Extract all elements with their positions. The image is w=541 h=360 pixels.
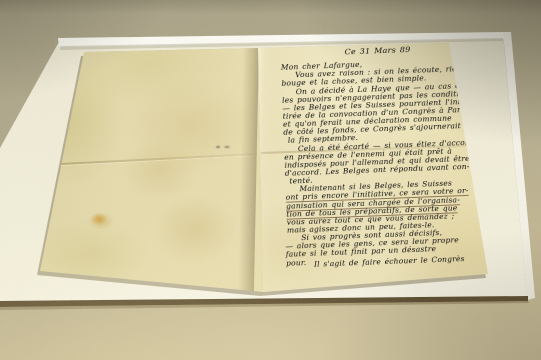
handwriting-line: Mon cher Lafargue, — [281, 56, 507, 73]
letter-left-page — [0, 0, 541, 360]
handwriting-line: ganisation qui sera chargée de l'organis… — [286, 194, 512, 211]
handwriting-line: pour. — [286, 251, 514, 268]
handwriting-line: bouge et la chose, est bien simple. — [281, 72, 507, 89]
left-page-top-edge — [84, 47, 259, 52]
left-page-ink-specks — [214, 144, 232, 150]
photo-vignette — [0, 0, 541, 360]
handwriting-line: la fin septembre. — [288, 129, 510, 145]
mat-front-edge-soft-shadow — [0, 0, 541, 360]
handwriting-line: mais agissez donc un peu, faites-le. — [287, 218, 513, 235]
letter-right-page: Ce 31 Mars 89Mon cher Lafargue,Vous avez… — [0, 0, 541, 360]
museum-letter-photo: Ce 31 Mars 89Mon cher Lafargue,Vous avez… — [0, 0, 541, 360]
center-fold-shadow — [238, 46, 259, 294]
handwriting-line: faute si le tout finit par un désastre — [286, 243, 514, 260]
mat-top-edge-highlight — [0, 0, 541, 360]
handwriting-line: — les Belges et les Suisses pourraient l… — [282, 96, 508, 113]
handwriting-line: et qu'on ferait une déclaration commune — [283, 112, 509, 129]
handwriting-line: Si vos progrès sont aussi décisifs, — [301, 226, 513, 242]
right-page-cast-shadow — [0, 0, 541, 360]
handwriting-line: On a décidé à La Haye que — au cas où — [296, 80, 508, 96]
right-page-top-edge — [258, 42, 451, 48]
left-page-cast-shadow — [0, 0, 541, 360]
handwriting-line: Cela a été écarté — si vous étiez d'acco… — [298, 137, 510, 153]
handwriting-line: Il s'agit de faire échouer le Congrès — [314, 253, 514, 269]
handwriting-line: de côté les fonds, ce Congrès s'ajourner… — [283, 121, 509, 138]
handwriting-line: vous aurez tout ce que vous demandez ; — [287, 210, 513, 227]
handwriting-line: Ce 31 Mars 89 — [344, 42, 506, 56]
handwriting-line: — alors que les gens, ce sera leur propr… — [285, 234, 513, 251]
left-page-fold-crease — [41, 153, 255, 166]
mat-top-edge-shadow — [0, 0, 541, 360]
handwriting-block: Ce 31 Mars 89Mon cher Lafargue,Vous avez… — [276, 42, 515, 286]
handwriting-line: les pouvoirs n'engageraient pas les cond… — [282, 88, 508, 105]
display-mat-board — [0, 0, 541, 360]
mat-right-edge-highlight — [0, 0, 541, 360]
handwriting-line: d'accord. Les Belges ont répondu avant c… — [285, 161, 511, 178]
handwriting-line: en présence de l'ennemi qui était prêt à — [284, 145, 510, 162]
handwriting-line: tenté. — [289, 169, 511, 185]
photo-grain-texture — [0, 0, 541, 360]
display-fabric-background — [0, 0, 541, 360]
center-fold-highlight — [253, 44, 276, 294]
right-page-fold-crease — [261, 144, 488, 153]
handwriting-line: ont pris encore l'initiative, ce sera vo… — [286, 186, 512, 203]
handwriting-line: tirée de la convocation d'un Congrès à P… — [283, 104, 509, 121]
handwriting-line: indisposés pour l'allemand et qui devait… — [284, 153, 510, 170]
handwriting-line: Maintenant si les Belges, les Suisses — [299, 178, 511, 194]
mat-front-edge-shadow-line — [0, 0, 541, 360]
handwriting-line: Vous avez raison : si on les écoute, rie… — [295, 64, 507, 80]
handwriting-line: tion de tous les préparatifs, de sorte q… — [286, 202, 512, 219]
